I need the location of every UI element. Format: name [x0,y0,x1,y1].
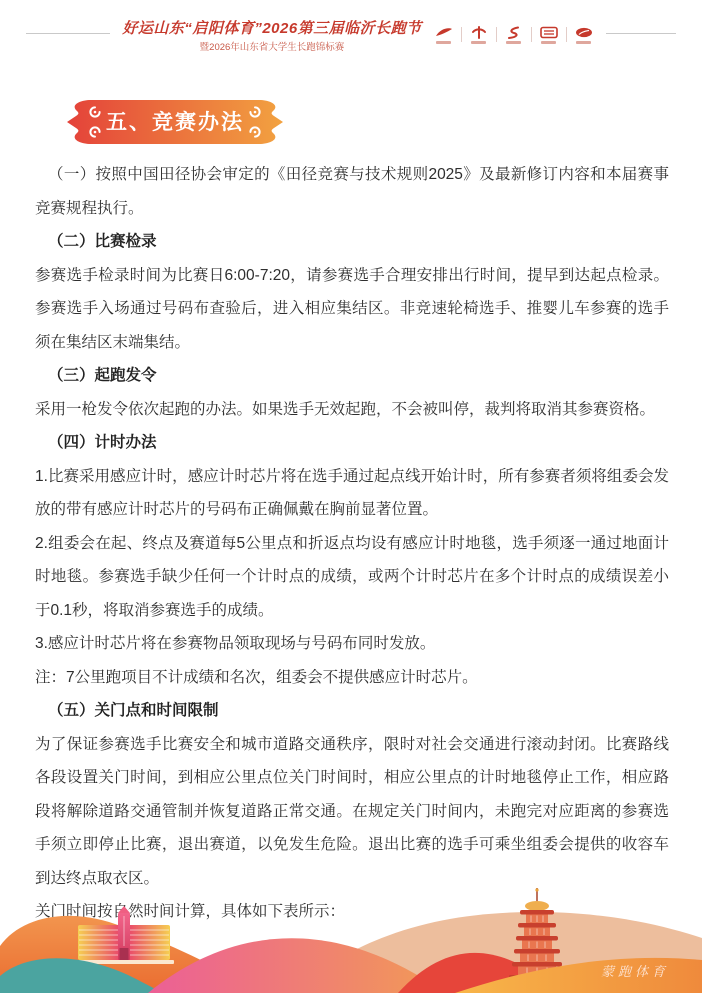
section-heading: （四）计时办法 [35,426,669,460]
section-banner: 五、竞赛办法 [62,99,288,145]
body-paragraph: 参赛选手检录时间为比赛日6:00-7:20，请参赛选手合理安排出行时间，提早到达… [35,259,669,360]
header-divider-left [26,33,110,34]
event-title: 好运山东“启阳体育”2026第三届临沂长跑节 [122,20,421,39]
logo-caption [506,41,521,44]
watermark: 蒙跑体育 [601,961,669,980]
logo-caption [436,41,451,44]
partner-logo-emblem-icon [539,26,559,44]
logo-caption [471,41,486,44]
logo-separator [461,27,462,42]
footer-waves [0,868,702,993]
logo-separator [496,27,497,42]
section-title: 五、竞赛办法 [62,99,288,145]
section-heading: （五）关门点和时间限制 [35,694,669,728]
section-heading: （二）比赛检录 [35,225,669,259]
partner-logo-swoosh-icon [434,26,454,44]
partner-logos [434,26,594,44]
body-paragraph: 注：7公里跑项目不计成绩和名次，组委会不提供感应计时芯片。 [35,661,669,695]
page-header: 好运山东“启阳体育”2026第三届临沂长跑节 暨2026年山东省大学生长跑锦标赛 [0,20,702,54]
stadium-illustration [74,906,174,964]
partner-logo-torch-icon [469,26,489,44]
event-title-block: 好运山东“启阳体育”2026第三届临沂长跑节 暨2026年山东省大学生长跑锦标赛 [122,20,421,54]
document-body: （一）按照中国田径协会审定的《田径竞赛与技术规则2025》及最新修订内容和本届赛… [35,158,669,929]
body-paragraph: 2.组委会在起、终点及赛道每5公里点和折返点均设有感应计时地毯，选手须逐一通过地… [35,527,669,628]
section-heading: （三）起跑发令 [35,359,669,393]
logo-caption [576,41,591,44]
partner-logo-oval-icon [574,26,594,44]
logo-caption [541,41,556,44]
logo-separator [531,27,532,42]
header-divider-right [606,33,676,34]
body-paragraph: （一）按照中国田径协会审定的《田径竞赛与技术规则2025》及最新修订内容和本届赛… [35,158,669,225]
body-paragraph: 采用一枪发令依次起跑的办法。如果选手无效起跑，不会被叫停，裁判将取消其参赛资格。 [35,393,669,427]
body-paragraph: 1.比赛采用感应计时，感应计时芯片将在选手通过起点线开始计时，所有参赛者须将组委… [35,460,669,527]
partner-logo-script-icon [504,26,524,44]
body-paragraph: 3.感应计时芯片将在参赛物品领取现场与号码布同时发放。 [35,627,669,661]
logo-separator [566,27,567,42]
event-subtitle: 暨2026年山东省大学生长跑锦标赛 [122,42,421,54]
